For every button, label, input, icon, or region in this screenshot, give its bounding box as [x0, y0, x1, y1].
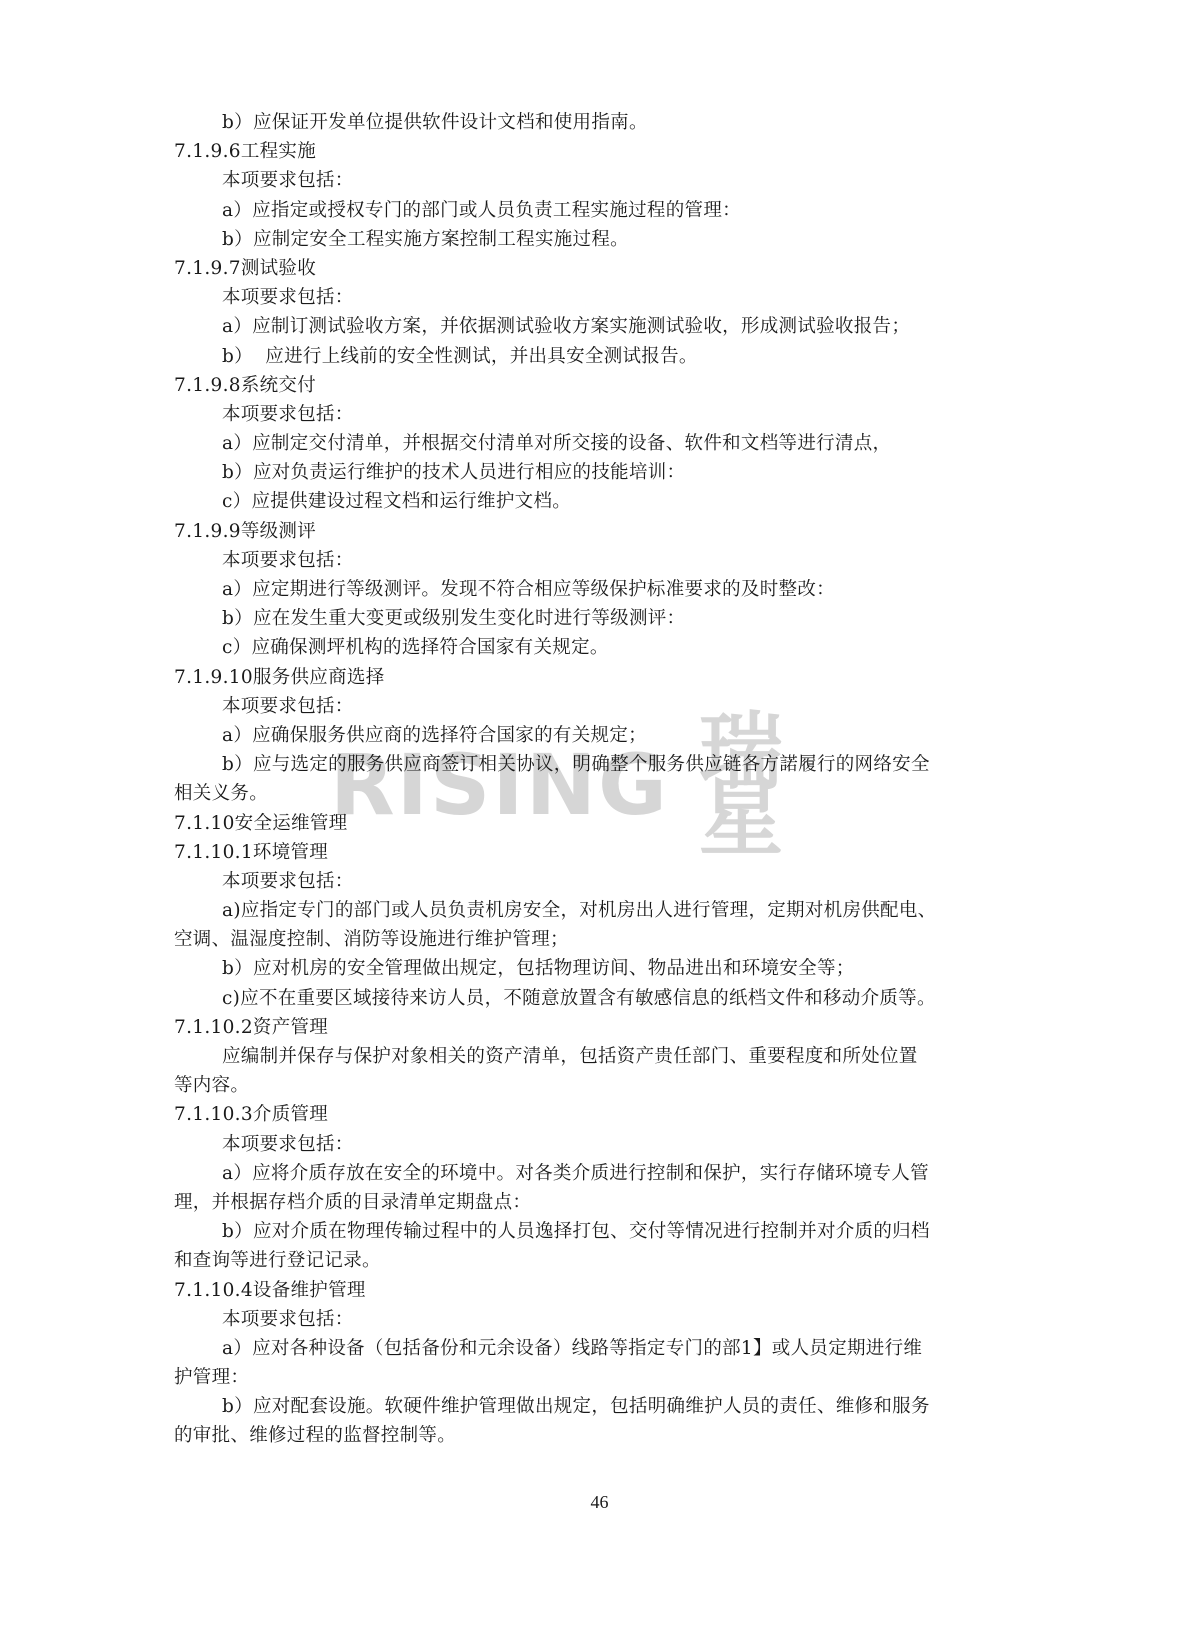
- section-heading: 7.1.9.6工程实施: [174, 137, 984, 166]
- section-heading: 7.1.10.1环境管理: [174, 838, 984, 867]
- list-item: b）应保证开发单位提供软件设计文档和使用指南。: [174, 108, 984, 137]
- list-item-continuation: 空调、温湿度控制、消防等设施进行维护管理；: [174, 925, 984, 954]
- list-item-continuation: 和查询等进行登记记录。: [174, 1246, 984, 1275]
- section-heading: 7.1.10安全运维管理: [174, 809, 984, 838]
- list-item: c）应确保测坪机构的选择符合国家有关规定。: [174, 633, 984, 662]
- document-body: b）应保证开发单位提供软件设计文档和使用指南。 7.1.9.6工程实施 本项要求…: [174, 108, 984, 1451]
- section-heading: 7.1.10.4设备维护管理: [174, 1276, 984, 1305]
- section-heading: 7.1.9.8系统交付: [174, 371, 984, 400]
- list-item: b）应在发生重大变更或级别发生变化时进行等级测评：: [174, 604, 984, 633]
- paragraph-continuation: 等内容。: [174, 1071, 984, 1100]
- paragraph: 本项要求包括：: [174, 283, 984, 312]
- list-item: a）应确保服务供应商的选择符合国家的有关规定；: [174, 721, 984, 750]
- page-number: 46: [0, 1492, 1199, 1513]
- list-item-continuation: 护管理：: [174, 1363, 984, 1392]
- section-heading: 7.1.9.9等级测评: [174, 517, 984, 546]
- list-item: a）应制订测试验收方案，并依据测试验收方案实施测试验收，形成测试验收报告；: [174, 312, 984, 341]
- section-heading: 7.1.10.2资产管理: [174, 1013, 984, 1042]
- list-item-continuation: 理，并根据存档介质的目录清单定期盘点：: [174, 1188, 984, 1217]
- list-item: a）应指定或授权专门的部门或人员负责工程实施过程的管理：: [174, 196, 984, 225]
- list-item-continuation: 的审批、维修过程的监督控制等。: [174, 1421, 984, 1450]
- list-item: b）应对机房的安全管理做出规定，包括物理访间、物品进出和环境安全等；: [174, 954, 984, 983]
- list-item: a）应对各种设备（包括备份和元余设备）线路等指定专门的部1】或人员定期进行维: [174, 1334, 984, 1363]
- list-item: a）应制定交付清单，并根据交付清单对所交接的设备、软件和文档等进行清点，: [174, 429, 984, 458]
- list-item: b） 应进行上线前的安全性测试，并出具安全测试报告。: [174, 342, 984, 371]
- section-heading: 7.1.9.7测试验收: [174, 254, 984, 283]
- paragraph: 本项要求包括：: [174, 400, 984, 429]
- list-item: b）应对介质在物理传输过程中的人员逸择打包、交付等情况进行控制并对介质的归档: [174, 1217, 984, 1246]
- section-heading: 7.1.10.3介质管理: [174, 1100, 984, 1129]
- list-item: b）应与选定的服务供应商签订相关协议，明确整个服务供应链各方諾履行的网络安全: [174, 750, 984, 779]
- paragraph: 本项要求包括：: [174, 546, 984, 575]
- list-item: b）应制定安全工程实施方案控制工程实施过程。: [174, 225, 984, 254]
- paragraph: 本项要求包括：: [174, 692, 984, 721]
- paragraph: 本项要求包括：: [174, 1305, 984, 1334]
- paragraph: 本项要求包括：: [174, 1130, 984, 1159]
- list-item: b）应对配套设施。软硬件维护管理做出规定，包括明确维护人员的责任、维修和服务: [174, 1392, 984, 1421]
- list-item: a）应将介质存放在安全的环境中。对各类介质进行控制和保护，实行存储环境专人管: [174, 1159, 984, 1188]
- list-item: c)应不在重要区域接待来访人员，不随意放置含有敏感信息的纸档文件和移动介质等。: [174, 984, 984, 1013]
- section-heading: 7.1.9.10服务供应商选择: [174, 663, 984, 692]
- list-item: a)应指定专门的部门或人员负责机房安全，对机房出人进行管理，定期对机房供配电、: [174, 896, 984, 925]
- paragraph: 本项要求包括：: [174, 166, 984, 195]
- list-item: c）应提供建设过程文档和运行维护文档。: [174, 487, 984, 516]
- list-item: b）应对负责运行维护的技术人员进行相应的技能培训：: [174, 458, 984, 487]
- list-item: a）应定期进行等级测评。发现不符合相应等级保护标准要求的及时整改：: [174, 575, 984, 604]
- paragraph: 本项要求包括：: [174, 867, 984, 896]
- list-item-continuation: 相关义务。: [174, 779, 984, 808]
- paragraph: 应编制并保存与保护对象相关的资产清单，包括资产贵任部门、重要程度和所处位置: [174, 1042, 984, 1071]
